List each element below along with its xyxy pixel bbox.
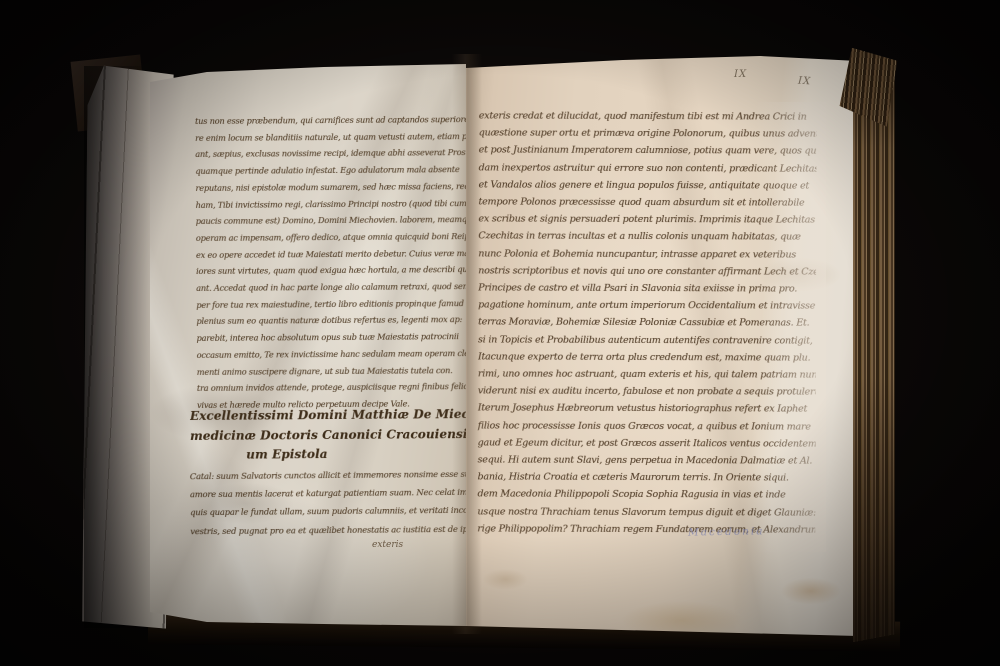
manuscript-line: et post Justinianum Imperatorem calumnio…	[479, 142, 817, 160]
manuscript-line: pagatione hominum, ante ortum imperiorum…	[478, 297, 816, 315]
right-page: IX IX exteris credat et dilucidat, quod …	[466, 52, 858, 638]
manuscript-line: exteris credat et dilucidat, quod manife…	[479, 107, 817, 125]
manuscript-line: ex eo opere accedet id tuæ Maiestati mer…	[196, 245, 470, 264]
manuscript-line: et Vandalos alios genere et lingua popul…	[478, 176, 816, 194]
manuscript-line: parebit, interea hoc absolutum opus sub …	[196, 328, 470, 347]
manuscript-line: viderunt nisi ex auditu incerto, fabulos…	[478, 383, 816, 401]
manuscript-line: plenius sum eo quantis naturæ dotibus re…	[196, 311, 470, 330]
manuscript-line: nunc Polonia et Bohemia nuncupantur, int…	[478, 245, 816, 263]
manuscript-line: tra omnium invidos attende, protege, aus…	[197, 378, 471, 397]
manuscript-line: ex scribus et signis persuaderi potent p…	[478, 211, 816, 229]
folio-number: IX	[734, 69, 747, 80]
manuscript-line: dam inexpertos astruitur qui errore suo …	[479, 159, 817, 177]
manuscript-line: vestris, sed pugnat pro ea et quælibet h…	[190, 519, 474, 540]
manuscript-line: iores sunt virtutes, quam quod exigua hæ…	[196, 261, 470, 280]
manuscript-line: Czechitas in terras incultas et a nullis…	[478, 228, 816, 246]
manuscript-line: occasum emitto, Te rex invictissime hanc…	[197, 345, 471, 364]
manuscript-line: quamque pertinde adulatio infestat. Ego …	[195, 161, 469, 180]
manuscript-line: ant, sæpius, exclusas novissime recipi, …	[195, 144, 469, 163]
manuscript-line: Itacunque experto de terra orta plus cre…	[478, 348, 816, 366]
manuscript-line: usque nostra Thrachiam tenus Slavorum te…	[477, 503, 815, 521]
manuscript-line: nostris scriptoribus et novis qui uno or…	[478, 262, 816, 280]
manuscript-line: filios hoc processisse Ionis quos Græcos…	[478, 417, 816, 435]
manuscript-line: si in Topicis et Probabilibus autenticum…	[478, 331, 816, 349]
manuscript-line: terras Moraviæ, Bohemiæ Silesiæ Poloniæ …	[478, 314, 816, 332]
manuscript-line: gaud et Egeum dicitur, et post Græcos as…	[478, 434, 816, 452]
manuscript-line: tus non esse præbendum, qui carnifices s…	[195, 111, 469, 130]
folio-number-underleaf: IX	[798, 76, 812, 88]
manuscript-line: paucis commune est) Domino, Domini Miech…	[196, 211, 470, 230]
manuscript-line: dem Macedonia Philippopoli Scopia Sophia…	[477, 486, 815, 504]
manuscript-line: ham, Tibi invictissimo regi, clarissimo …	[196, 195, 470, 214]
manuscript-line: medicinæ Doctoris Canonici Cracouiensis …	[190, 425, 470, 446]
manuscript-line: quæstione super ortu et primæva origine …	[479, 125, 817, 143]
manuscript-line: Excellentissimi Domini Matthiæ De Miecho…	[190, 405, 470, 426]
catchword: exteris	[372, 540, 403, 550]
manuscript-line: rimi, uno omnes hoc astruant, quam exter…	[478, 365, 816, 383]
macedonia-annotation: Macedonia	[688, 525, 765, 538]
manuscript-line: bania, Histria Croatia et cæteris Mauror…	[477, 469, 815, 487]
manuscript-line: Iterum Josephus Hæbreorum vetustus histo…	[478, 400, 816, 418]
manuscript-line: reputans, nisi epistolæ modum sumarem, s…	[195, 178, 469, 197]
fore-edge-page-block	[853, 54, 895, 642]
epistle-heading: Excellentissimi Domini Matthiæ De Miecho…	[190, 405, 470, 465]
right-page-body-text: exteris credat et dilucidat, quod manife…	[477, 107, 817, 548]
manuscript-line: Principes de castro et villa Psari in Sl…	[478, 279, 816, 297]
photograph-open-manuscript-book: tus non esse præbendum, qui carnifices s…	[0, 0, 1000, 666]
manuscript-line: operam ac impensam, offero dedico, atque…	[196, 228, 470, 247]
manuscript-line: per fore tua rex maiestudine, tertio lib…	[196, 295, 470, 314]
manuscript-line: sequi. Hi autem sunt Slavi, gens perpetu…	[478, 451, 816, 469]
left-page: tus non esse præbendum, qui carnifices s…	[150, 62, 466, 628]
manuscript-line: tempore Polonos præcessisse quod quam ab…	[478, 193, 816, 211]
left-page-postscript-text: Catal: suum Salvatoris cunctos allicit e…	[190, 465, 475, 540]
left-page-body-text: tus non esse præbendum, qui carnifices s…	[195, 111, 471, 423]
manuscript-line: menti animo suscipere dignare, ut sub tu…	[197, 362, 471, 381]
manuscript-line: re enim locum se blanditiis naturale, ut…	[195, 128, 469, 147]
manuscript-line: ant. Accedat quod in hac parte longe ali…	[196, 278, 470, 297]
manuscript-line: um Epistola	[246, 444, 470, 465]
